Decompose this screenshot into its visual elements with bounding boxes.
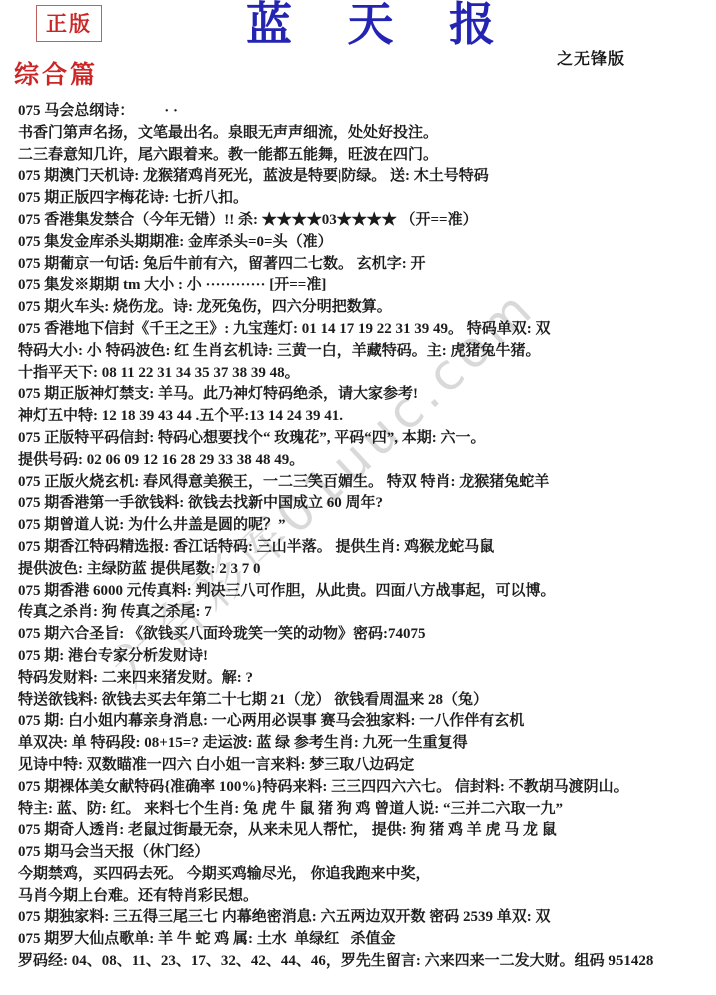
text-line: 075 期奇人透肖: 老鼠过街最无奈，从来未见人帮忙， 提供: 狗 猪 鸡 羊 …	[18, 820, 714, 842]
text-line: 075 集发※期期 tm 大小 : 小 ············ [开==准]	[18, 275, 714, 297]
text-line: 075 集发金库杀头期期准: 金库杀头=0=头（准）	[18, 232, 714, 254]
text-line: 075 期香江特码精选报: 香江话特码: 三山半落。 提供生肖: 鸡猴龙蛇马鼠	[18, 537, 714, 559]
text-line: 今期禁鸡，买四码去死。 今期买鸡输尽光， 你追我跑来中奖，	[18, 864, 714, 886]
page-title: 蓝 天 报	[246, 0, 517, 51]
text-line: 特码发财料: 二来四来猪发财。解: ?	[18, 668, 714, 690]
text-line: 075 期葡京一句话: 兔后牛前有六，留著四二七数。 玄机字: 开	[18, 254, 714, 276]
text-line: 罗码经: 04、08、11、23、17、32、42、44、46，罗先生留言: 六…	[18, 951, 714, 973]
text-line: 075 香港地下信封《千王之王》: 九宝莲灯: 01 14 17 19 22 3…	[18, 319, 714, 341]
text-line: 075 期火车头: 烧伤龙。诗: 龙死兔伤，四六分明把数算。	[18, 297, 714, 319]
text-line: 传真之杀肖: 狗 传真之杀尾: 7	[18, 602, 714, 624]
text-line: 单双决: 单 特码段: 08+15=? 走运波: 蓝 绿 参考生肖: 九死一生重…	[18, 733, 714, 755]
edition-label: 之无锋版	[557, 46, 625, 69]
text-line: 马肖今期上台难。还有特肖彩民想。	[18, 886, 714, 908]
text-line: 书香门第声名扬，文笔最出名。泉眼无声声细流，处处好投注。	[18, 123, 714, 145]
text-line: 075 期: 白小姐内幕亲身消息: 一心两用必误事 赛马会独家料: 一八作伴有玄…	[18, 711, 714, 733]
text-line: 075 期独家料: 三五得三尾三七 内幕绝密消息: 六五两边双开数 密码 253…	[18, 907, 714, 929]
text-line: 十指平天下: 08 11 22 31 34 35 37 38 39 48。	[18, 363, 714, 385]
text-line: 075 期香港第一手欲钱料: 欲钱去找新中国成立 60 周年?	[18, 493, 714, 515]
authentic-badge: 正版	[36, 5, 102, 42]
text-line: 075 期: 港台专家分析发财诗!	[18, 646, 714, 668]
text-line: 075 期罗大仙点歌单: 羊 牛 蛇 鸡 属: 土水 单绿红 杀值金	[18, 929, 714, 951]
text-line: 二三春意知几许，尾六跟着来。教一能都五能舞，旺波在四门。	[18, 145, 714, 167]
text-line: 特码大小: 小 特码波色: 红 生肖玄机诗: 三黄一白，羊藏特码。主: 虎猪兔牛…	[18, 341, 714, 363]
text-line: 特主: 蓝、防: 红。 来料七个生肖: 兔 虎 牛 鼠 猪 狗 鸡 曾道人说: …	[18, 799, 714, 821]
text-line: 神灯五中特: 12 18 39 43 44 .五个平:13 14 24 39 4…	[18, 406, 714, 428]
body-lines: 075 马会总纲诗： · ·书香门第声名扬，文笔最出名。泉眼无声声细流，处处好投…	[18, 101, 714, 973]
text-line: 075 期正版四字梅花诗: 七折八扣。	[18, 188, 714, 210]
text-line: 075 期曾道人说: 为什么井盖是圆的呢？”	[18, 515, 714, 537]
text-line: 特送欲钱料: 欲钱去买去年第二十七期 21（龙） 欲钱看周温来 28（兔）	[18, 690, 714, 712]
text-line: 075 期马会当天报（休门经）	[18, 842, 714, 864]
text-line: 075 期香港 6000 元传真料: 判决三八可作胆，从此贵。四面八方战事起，可…	[18, 581, 714, 603]
text-line: 075 期正版神灯禁支: 羊马。此乃神灯特码绝杀，请大家参考!	[18, 384, 714, 406]
text-line: 075 期澳门天机诗: 龙猴猪鸡肖死光，蓝波是特要|防绿。 送: 木土号特码	[18, 166, 714, 188]
text-line: 075 期六合圣旨: 《欲钱买八面玲珑笑一笑的动物》密码:74075	[18, 624, 714, 646]
text-line: 075 香港集发禁合（今年无错）!! 杀: ★★★★03★★★★ （开==准）	[18, 210, 714, 232]
blue-sky-report-page: 正版 蓝 天 报 之无锋版 综合篇 六合彩库01uuc.com 075 马会总纲…	[0, 0, 716, 995]
text-line: 提供波色: 主绿防蓝 提供尾数: 2 3 7 0	[18, 559, 714, 581]
text-line: 075 期裸体美女献特码{准确率 100%}特码来料: 三三四四六六七。 信封料…	[18, 777, 714, 799]
text-line: 075 正版特平码信封: 特码心想要找个“ 玫瑰花”, 平码“四”, 本期: 六…	[18, 428, 714, 450]
text-line: 075 正版火烧玄机: 春风得意美猴王，一二三笑百媚生。 特双 特肖: 龙猴猪兔…	[18, 472, 714, 494]
text-line: 075 马会总纲诗： · ·	[18, 101, 714, 123]
section-title: 综合篇	[14, 55, 98, 91]
text-line: 提供号码: 02 06 09 12 16 28 29 33 38 48 49。	[18, 450, 714, 472]
text-line: 见诗中特: 双数瞄准一四六 白小姐一言来料: 梦三取八边码定	[18, 755, 714, 777]
